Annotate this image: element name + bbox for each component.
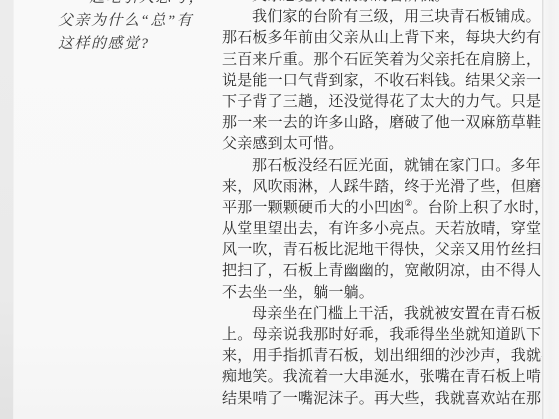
main-text-column: 父亲总觉得我们家的台阶低。我们家的台阶有三级，用三块青石板铺成。那石板多年前由父… [222, 0, 544, 410]
text-line: 来，用手指抓青石板，划出细细的沙沙声，我就痴 [222, 346, 544, 367]
text-line: 母亲坐在门槛上干活，我就被安置在青石板 [222, 304, 544, 325]
text-line: 那石板没经石匠光面，就铺在家门口。多年 [222, 156, 544, 177]
footnote-marker: ② [404, 198, 412, 208]
text-line: 父亲感到太可惜。 [222, 134, 544, 155]
text-line: 平那一颗颗硬币大的小凹凼②。台阶上积了水时， [222, 198, 544, 219]
text-line: 那一来一去的许多山路，磨破了他一双麻筋草鞋， [222, 113, 544, 134]
text-line: 那石板多年前由父亲从山上背下来，每块大约有 [222, 28, 544, 49]
text-line: 上。母亲说我那时好乖，我乖得坐坐就知道趴下 [222, 325, 544, 346]
text-line: 不去坐一坐，躺一躺。 [222, 283, 544, 304]
page-right-edge [543, 0, 559, 419]
text-line: 结果啃了一嘴泥沫子。再大些，我就喜欢站在那 [222, 389, 544, 410]
text-line: 三百来斤重。那个石匠笑着为父亲托在肩膀上， [222, 50, 544, 71]
text-line: 起笔引人思考， [58, 0, 218, 10]
text-line: 我们家的台阶有三级，用三块青石板铺成。 [222, 7, 544, 28]
text-line: 来，风吹雨淋，人踩牛踏，终于光滑了些，但磨不 [222, 177, 544, 198]
text-line: 痴地笑。我流着一大串涎水，张嘴在青石板上啃， [222, 367, 544, 388]
text-line: 下子背了三趟，还没觉得花了太大的力气。只是 [222, 92, 544, 113]
text-line: 父亲为什么“总”有 [58, 10, 218, 33]
text-line: 说是能一口气背到家，不收石料钱。结果父亲一 [222, 71, 544, 92]
margin-annotation: 起笔引人思考，父亲为什么“总”有这样的感觉? [58, 0, 218, 56]
text-line: 父亲总觉得我们家的台阶低。 [222, 0, 544, 7]
text-line: 从堂里望出去，有许多小亮点。天若放晴，穿堂 [222, 219, 544, 240]
page-left-edge [0, 0, 14, 419]
text-line: 风一吹，青石板比泥地干得快，父亲又用竹丝扫 [222, 240, 544, 261]
text-line: 把扫了，石板上青幽幽的，宽敞阴凉，由不得人 [222, 261, 544, 282]
text-line: 这样的感觉? [58, 33, 218, 56]
book-page: { "page": { "background": "#f8f8f8", "le… [0, 0, 559, 419]
